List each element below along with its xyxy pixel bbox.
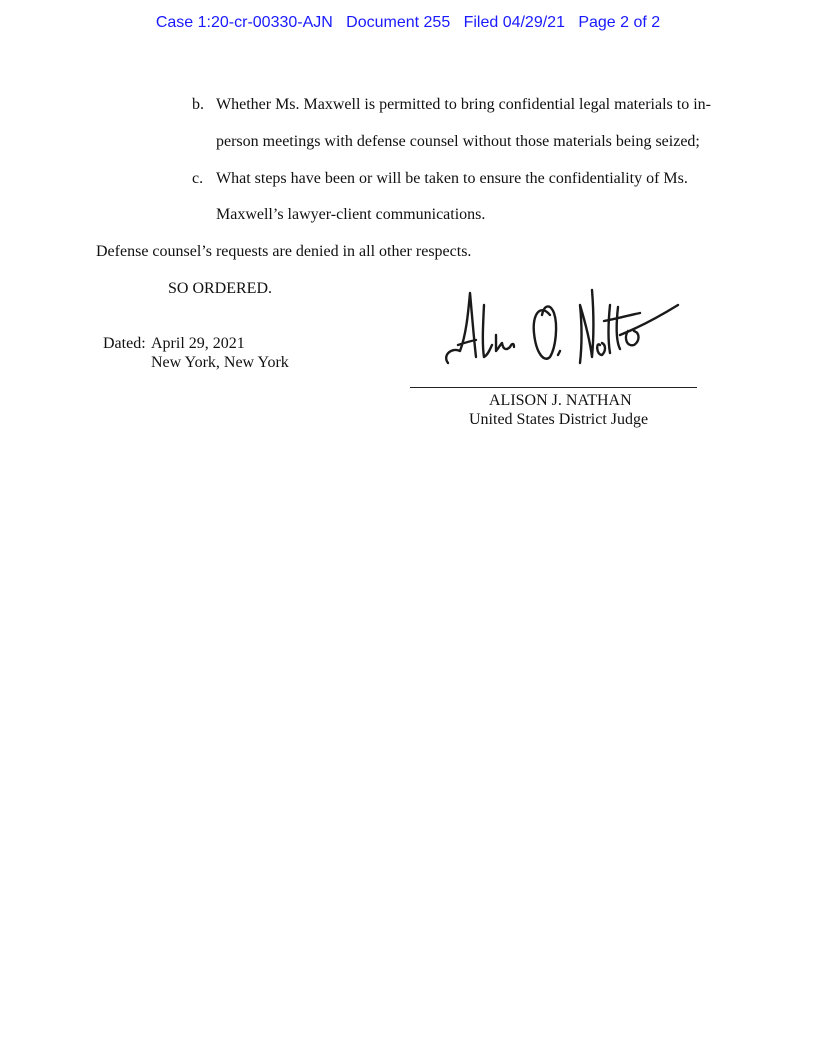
item-b-line-1: Whether Ms. Maxwell is permitted to brin… bbox=[216, 96, 711, 114]
document-number: Document 255 bbox=[346, 14, 450, 31]
dated-date: April 29, 2021 bbox=[151, 335, 245, 353]
page-number: Page 2 of 2 bbox=[578, 14, 660, 31]
case-header: Case 1:20-cr-00330-AJN Document 255 File… bbox=[0, 14, 816, 32]
judge-title: United States District Judge bbox=[469, 411, 648, 429]
dated-place: New York, New York bbox=[151, 354, 289, 372]
item-c-line-2: Maxwell’s lawyer-client communications. bbox=[216, 206, 485, 224]
item-c-line-1: What steps have been or will be taken to… bbox=[216, 170, 688, 188]
judge-name: ALISON J. NATHAN bbox=[489, 392, 632, 410]
case-number: Case 1:20-cr-00330-AJN bbox=[156, 14, 333, 31]
item-b-line-2: person meetings with defense counsel wit… bbox=[216, 133, 700, 151]
signature-line bbox=[410, 387, 697, 388]
filed-date: Filed 04/29/21 bbox=[464, 14, 565, 31]
so-ordered: SO ORDERED. bbox=[168, 280, 272, 298]
closing-paragraph: Defense counsel’s requests are denied in… bbox=[96, 243, 471, 261]
signature-image bbox=[440, 285, 680, 380]
dated-label: Dated: bbox=[103, 335, 146, 353]
item-c-marker: c. bbox=[192, 170, 203, 188]
item-b-marker: b. bbox=[192, 96, 204, 114]
